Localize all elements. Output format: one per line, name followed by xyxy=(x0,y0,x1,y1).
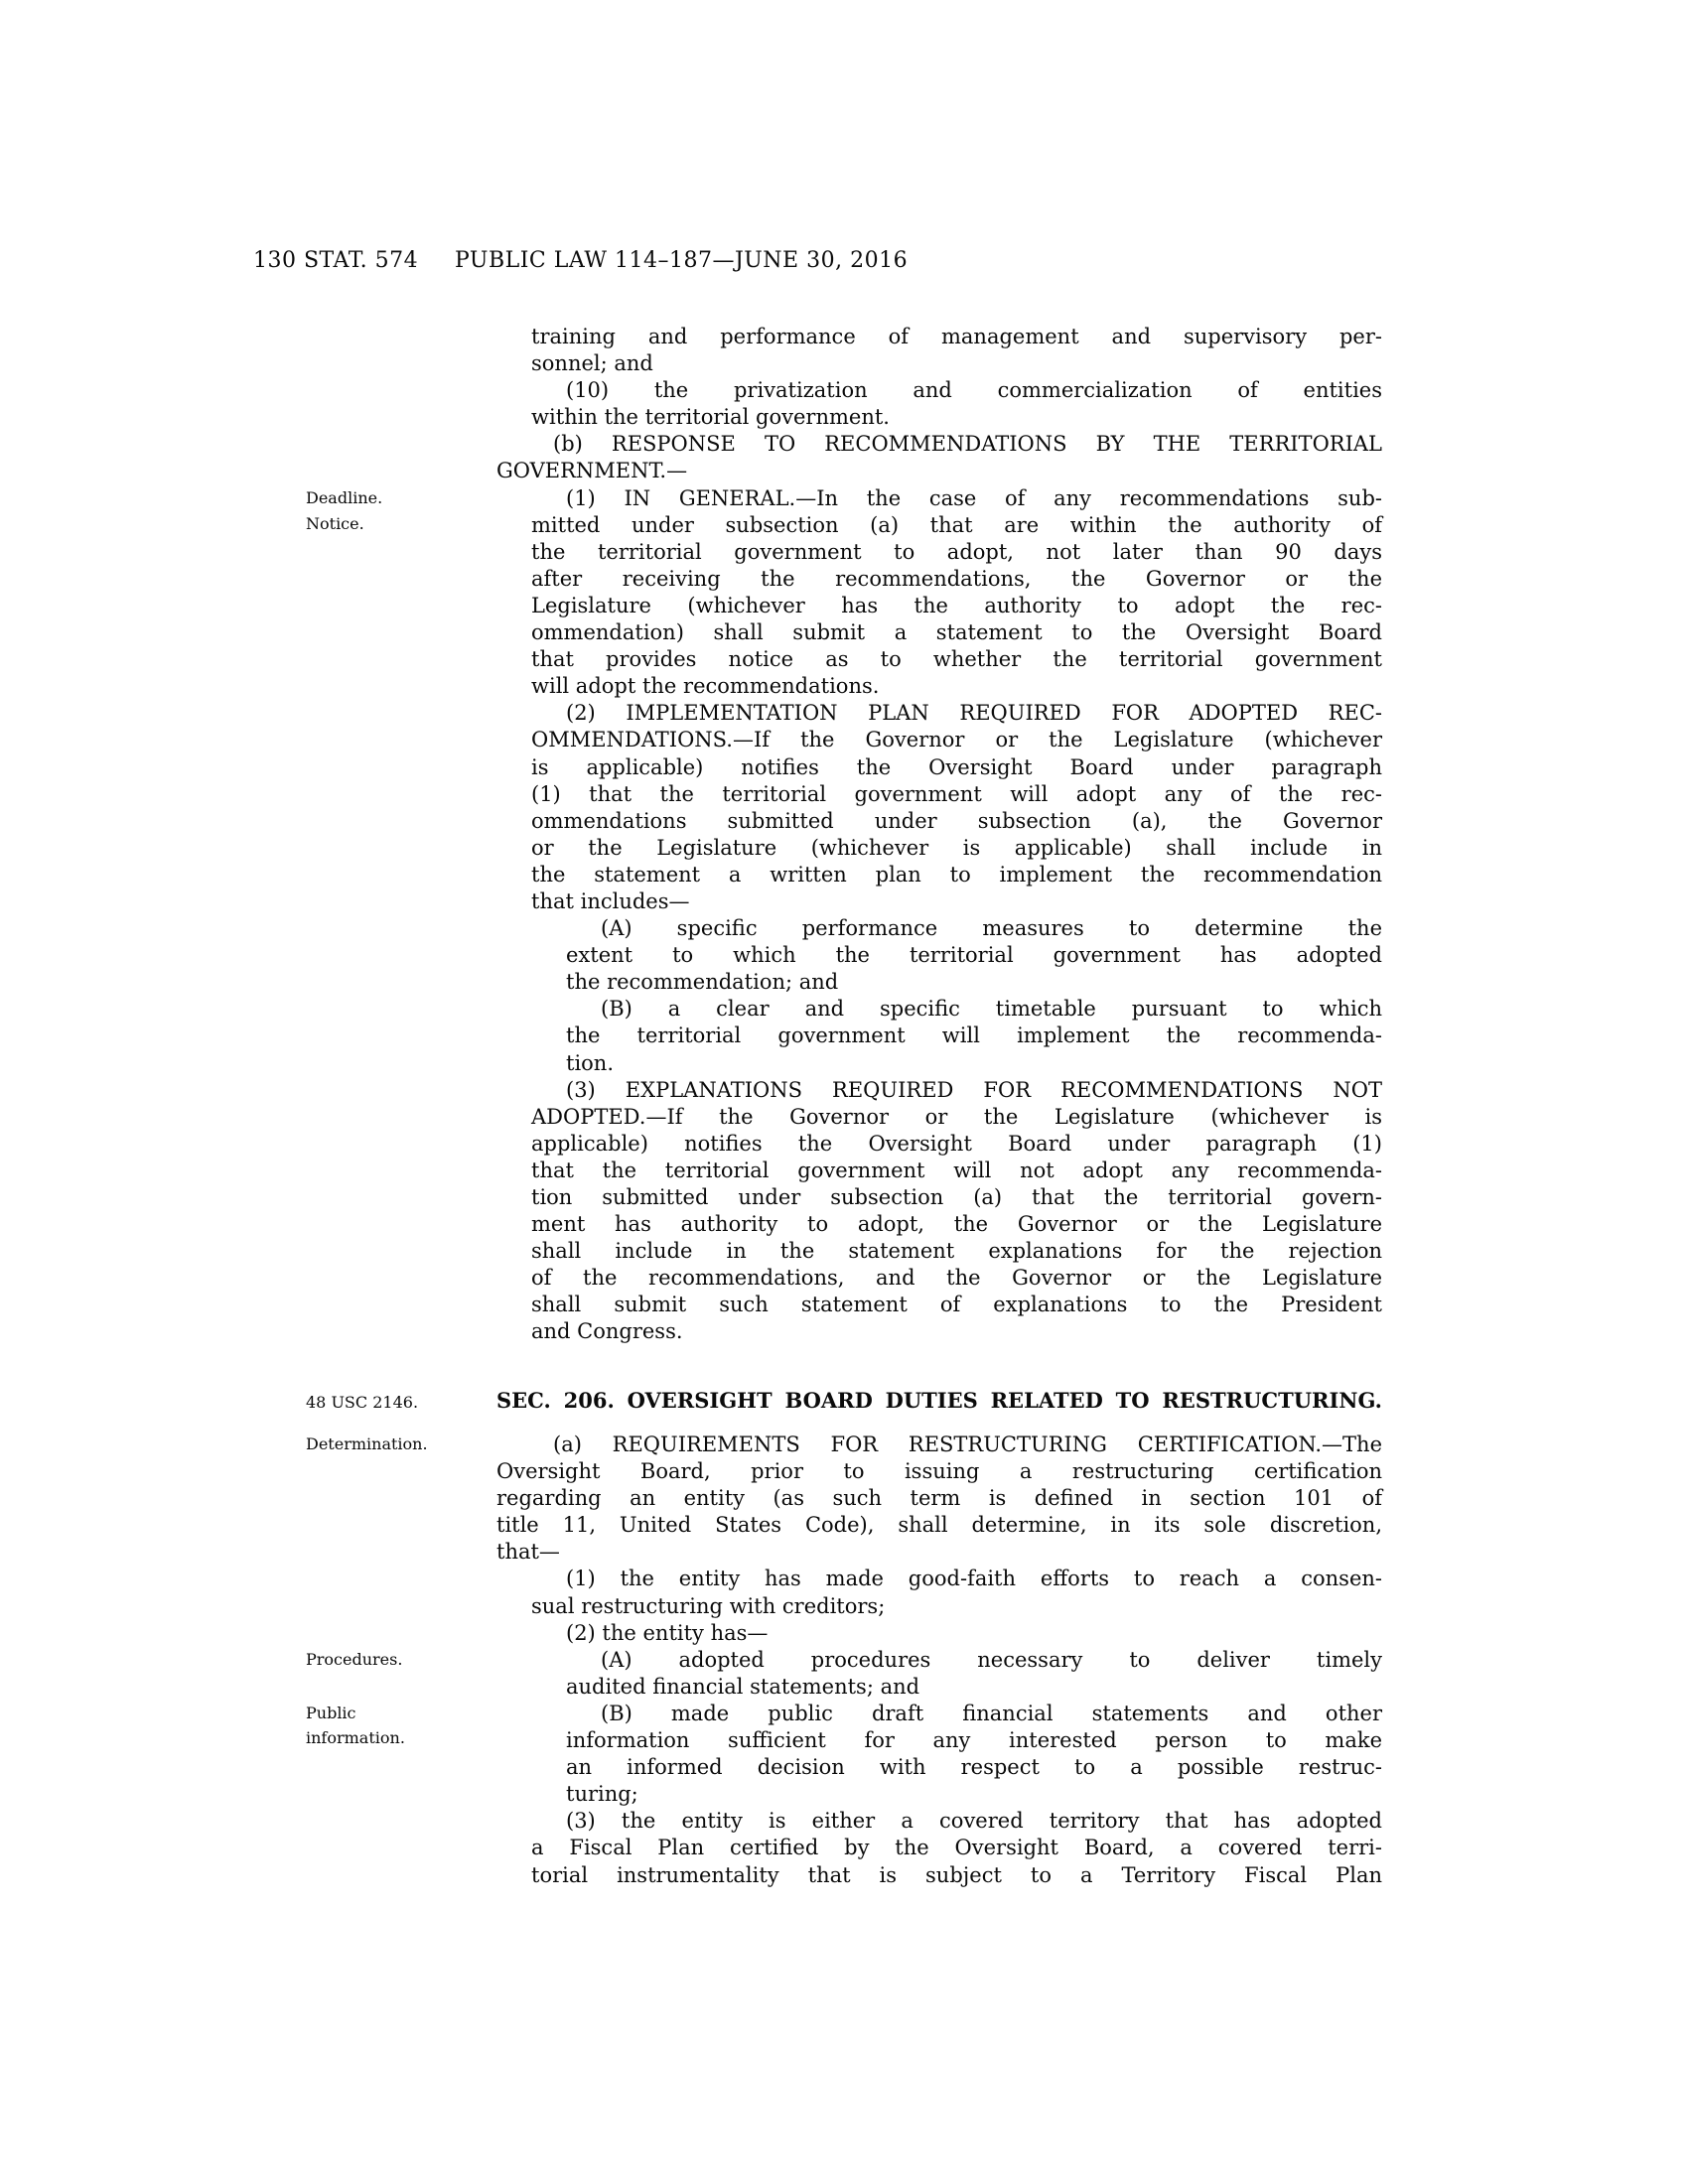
statute-line: (1) the entity has made good-faith effor… xyxy=(496,1566,1382,1592)
statute-line: is applicable) notifies the Oversight Bo… xyxy=(496,754,1382,781)
statute-line: (2) the entity has— xyxy=(496,1620,1382,1647)
margin-note-determination: Determination. xyxy=(306,1432,455,1456)
statute-line: an informed decision with respect to a p… xyxy=(496,1754,1382,1781)
statute-line: tion submitted under subsection (a) that… xyxy=(496,1184,1382,1211)
statute-line: Oversight Board, prior to issuing a rest… xyxy=(496,1458,1382,1485)
statute-line: (B) a clear and specific timetable pursu… xyxy=(496,996,1382,1023)
statute-line: the recommendation; and xyxy=(496,969,1382,996)
margin-note-notice: Notice. xyxy=(306,511,455,536)
statute-line: audited financial statements; and xyxy=(496,1674,1382,1701)
margin-note-procedures: Procedures. xyxy=(306,1647,455,1672)
statute-line: the statement a written plan to implemen… xyxy=(496,862,1382,888)
statute-line: that— xyxy=(496,1539,1382,1566)
statute-line: shall include in the statement explanati… xyxy=(496,1238,1382,1265)
statute-line: (3) the entity is either a covered terri… xyxy=(496,1808,1382,1835)
margin-note-usc-cite: 48 USC 2146. xyxy=(306,1390,455,1415)
statute-line: that includes— xyxy=(496,888,1382,915)
statute-line: will adopt the recommendations. xyxy=(496,673,1382,700)
statute-line: mitted under subsection (a) that are wit… xyxy=(496,512,1382,539)
statute-line: (A) specific performance measures to det… xyxy=(496,915,1382,942)
statute-line: sonnel; and xyxy=(496,350,1382,377)
statute-line: and Congress. xyxy=(496,1318,1382,1345)
margin-note-deadline: Deadline. xyxy=(306,485,455,510)
statute-line: ommendations submitted under subsection … xyxy=(496,808,1382,835)
statute-line: training and performance of management a… xyxy=(496,324,1382,350)
statute-line: within the territorial government. xyxy=(496,404,1382,431)
statute-line: (a) REQUIREMENTS FOR RESTRUCTURING CERTI… xyxy=(496,1432,1382,1458)
statute-line: applicable) notifies the Oversight Board… xyxy=(496,1131,1382,1158)
statute-line: of the recommendations, and the Governor… xyxy=(496,1265,1382,1292)
statute-line: (A) adopted procedures necessary to deli… xyxy=(496,1647,1382,1674)
statute-line: information sufficient for any intereste… xyxy=(496,1727,1382,1754)
statute-line: (3) EXPLANATIONS REQUIRED FOR RECOMMENDA… xyxy=(496,1077,1382,1104)
statute-line: torial instrumentality that is subject t… xyxy=(496,1862,1382,1889)
statute-text-block-sec205: training and performance of management a… xyxy=(496,324,1382,1346)
statute-page: 130 STAT. 574 PUBLIC LAW 114–187—JUNE 30… xyxy=(0,0,1688,2184)
stat-page-number: 130 STAT. 574 xyxy=(253,248,418,273)
statute-line: the territorial government will implemen… xyxy=(496,1023,1382,1049)
statute-line: (10) the privatization and commercializa… xyxy=(496,377,1382,404)
statute-line: GOVERNMENT.— xyxy=(496,458,1382,484)
statute-line: regarding an entity (as such term is def… xyxy=(496,1485,1382,1512)
statute-line: a Fiscal Plan certified by the Oversight… xyxy=(496,1835,1382,1861)
statute-line: ADOPTED.—If the Governor or the Legislat… xyxy=(496,1104,1382,1131)
statute-line: that the territorial government will not… xyxy=(496,1158,1382,1184)
statute-line: (B) made public draft financial statemen… xyxy=(496,1701,1382,1727)
section-206-heading: SEC. 206. OVERSIGHT BOARD DUTIES RELATED… xyxy=(496,1388,1382,1413)
statute-line: ommendation) shall submit a statement to… xyxy=(496,619,1382,646)
statute-line: (1) IN GENERAL.—In the case of any recom… xyxy=(496,485,1382,512)
statute-text-block-sec206: (a) REQUIREMENTS FOR RESTRUCTURING CERTI… xyxy=(496,1432,1382,1889)
statute-line: turing; xyxy=(496,1781,1382,1808)
statute-line: OMMENDATIONS.—If the Governor or the Leg… xyxy=(496,727,1382,753)
running-header-law-title: PUBLIC LAW 114–187—JUNE 30, 2016 xyxy=(455,248,908,273)
statute-line: shall submit such statement of explanati… xyxy=(496,1292,1382,1318)
statute-line: extent to which the territorial governme… xyxy=(496,942,1382,969)
statute-line: Legislature (whichever has the authority… xyxy=(496,593,1382,619)
statute-line: the territorial government to adopt, not… xyxy=(496,539,1382,566)
margin-note-public-information: Public information. xyxy=(306,1701,435,1750)
statute-line: (1) that the territorial government will… xyxy=(496,781,1382,808)
statute-line: (2) IMPLEMENTATION PLAN REQUIRED FOR ADO… xyxy=(496,700,1382,727)
statute-line: title 11, United States Code), shall det… xyxy=(496,1512,1382,1539)
statute-line: after receiving the recommendations, the… xyxy=(496,566,1382,593)
statute-line: that provides notice as to whether the t… xyxy=(496,646,1382,673)
statute-line: sual restructuring with creditors; xyxy=(496,1593,1382,1620)
statute-line: ment has authority to adopt, the Governo… xyxy=(496,1211,1382,1238)
statute-line: tion. xyxy=(496,1050,1382,1077)
statute-line: or the Legislature (whichever is applica… xyxy=(496,835,1382,862)
statute-line: (b) RESPONSE TO RECOMMENDATIONS BY THE T… xyxy=(496,431,1382,458)
